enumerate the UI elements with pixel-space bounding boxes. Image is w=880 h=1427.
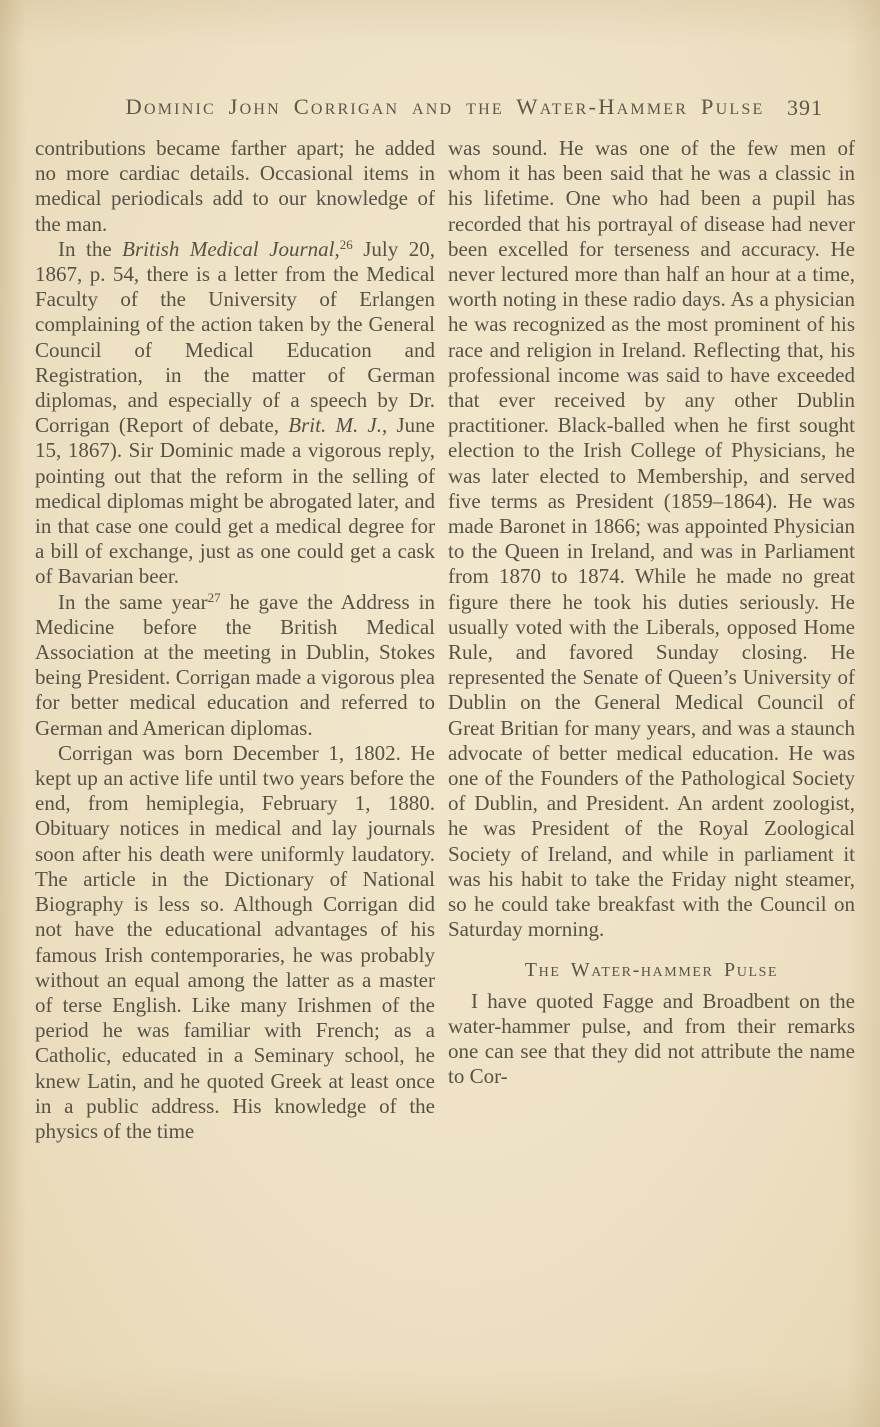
left-column: contributions became farther apart; he a… <box>35 136 435 1144</box>
text-run: In the same year <box>58 590 208 614</box>
book-page: Dominic John Corrigan and the Water-Hamm… <box>0 0 880 1427</box>
right-column: was sound. He was one of the few men of … <box>448 136 855 1144</box>
running-header-title: Dominic John Corrigan and the Water-Hamm… <box>126 94 765 119</box>
text-run: , June 15, 1867). Sir Dominic made a vig… <box>35 413 435 588</box>
text-run: July 20, 1867, p. 54, there is a letter … <box>35 237 435 437</box>
paragraph: was sound. He was one of the few men of … <box>448 136 855 943</box>
text-run: Corrigan was born December 1, 1802. He k… <box>35 741 435 1143</box>
text-run: was sound. He was one of the few men of … <box>448 136 855 941</box>
paragraph: contributions became farther apart; he a… <box>35 136 435 237</box>
running-header: Dominic John Corrigan and the Water-Hamm… <box>35 93 855 123</box>
footnote-reference: 27 <box>208 590 221 605</box>
italic-citation: Brit. M. J. <box>288 413 382 437</box>
text-run: In the <box>58 237 122 261</box>
two-column-body: contributions became farther apart; he a… <box>35 136 855 1144</box>
text-run: contributions became farther apart; he a… <box>35 136 435 236</box>
italic-citation: British Medical Journal <box>122 237 334 261</box>
paragraph: In the British Medical Journal,26 July 2… <box>35 237 435 590</box>
page-number: 391 <box>787 94 823 122</box>
text-run: I have quoted Fagge and Broadbent on the… <box>448 989 855 1089</box>
paragraph: I have quoted Fagge and Broadbent on the… <box>448 989 855 1090</box>
footnote-reference: 26 <box>340 237 353 252</box>
section-heading: The Water-hammer Pulse <box>448 958 855 982</box>
paragraph: In the same year27 he gave the Address i… <box>35 590 435 741</box>
paragraph: Corrigan was born December 1, 1802. He k… <box>35 741 435 1144</box>
